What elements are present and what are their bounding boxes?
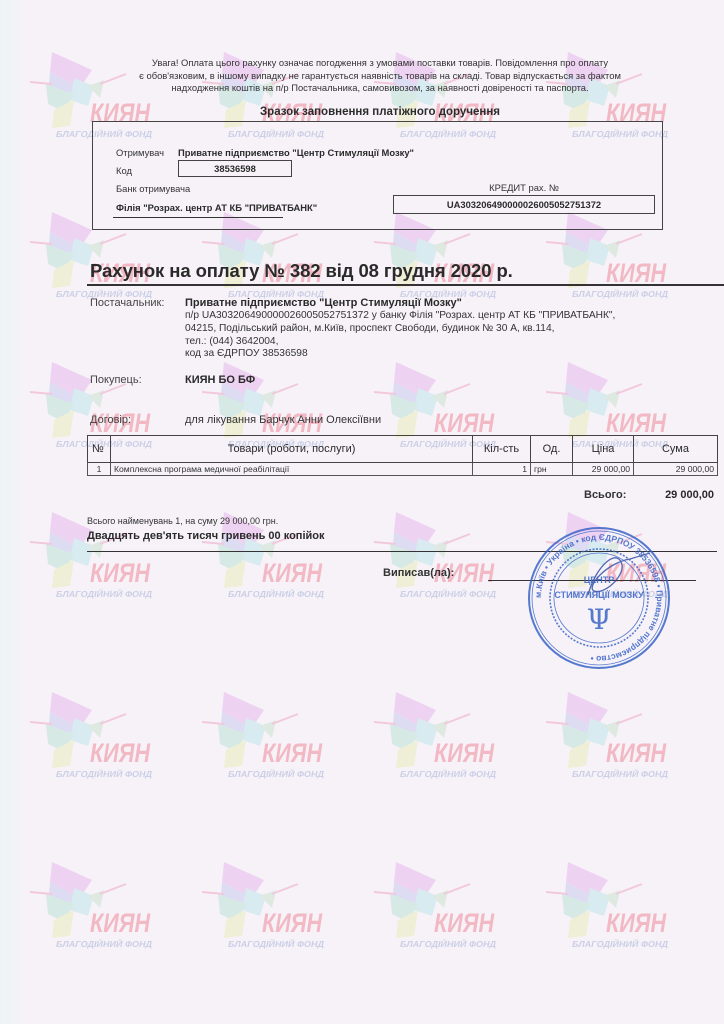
supplier-address: 04215, Подільський район, м.Київ, проспе… xyxy=(185,323,615,336)
invoice-document: Увага! Оплата цього рахунку означає пого… xyxy=(0,0,724,1024)
credit-account-box: UA303206490000026005052751372 xyxy=(393,195,655,214)
notice-line: є обов'язковим, в іншому випадку не гара… xyxy=(100,70,660,83)
contract-label: Договір: xyxy=(90,414,131,426)
payment-notice: Увага! Оплата цього рахунку означає пого… xyxy=(100,57,660,95)
notice-line: Увага! Оплата цього рахунку означає пого… xyxy=(100,57,660,70)
supplier-phone: тел.: (044) 3642004, xyxy=(185,336,615,349)
recipient-label: Отримувач xyxy=(116,147,164,158)
row-quantity: 1 xyxy=(473,463,531,476)
supplier-name: Приватне підприємство "Центр Стимуляції … xyxy=(185,297,462,309)
table-row: 1 Комплексна програма медичної реабіліта… xyxy=(88,463,718,476)
column-header-goods: Товари (роботи, послуги) xyxy=(111,436,473,463)
row-unit: грн xyxy=(531,463,573,476)
row-price: 29 000,00 xyxy=(573,463,634,476)
column-header-number: № xyxy=(88,436,111,463)
column-header-unit: Од. xyxy=(531,436,573,463)
bank-label: Банк отримувача xyxy=(116,183,190,194)
code-value: 38536598 xyxy=(214,163,256,174)
code-value-box: 38536598 xyxy=(178,160,292,177)
stamp-seal-icon: м.Київ • Україна • код ЄДРПОУ 38536598 •… xyxy=(526,525,672,671)
column-header-sum: Сума xyxy=(634,436,718,463)
amount-in-words: Двадцять дев'ять тисяч гривень 00 копійо… xyxy=(87,530,325,542)
items-table: № Товари (роботи, послуги) Кіл-сть Од. Ц… xyxy=(87,435,718,476)
bank-underline xyxy=(113,217,283,218)
table-header-row: № Товари (роботи, послуги) Кіл-сть Од. Ц… xyxy=(88,436,718,463)
payment-sample-box: Отримувач Приватне підприємство "Центр С… xyxy=(92,121,663,230)
company-stamp: м.Київ • Україна • код ЄДРПОУ 38536598 •… xyxy=(526,525,672,671)
buyer-label: Покупець: xyxy=(90,374,142,386)
payment-sample-title: Зразок заповнення платіжного доручення xyxy=(90,106,670,118)
row-number: 1 xyxy=(88,463,111,476)
supplier-details: п/р UA303206490000026005052751372 у банк… xyxy=(185,310,615,361)
title-divider xyxy=(87,284,724,286)
total-value: 29 000,00 xyxy=(636,489,714,501)
contract-value: для лікування Барчук Анни Олексіївни xyxy=(185,414,381,426)
items-summary: Всього найменувань 1, на суму 29 000,00 … xyxy=(87,516,278,526)
buyer-name: КИЯН БО БФ xyxy=(185,374,255,386)
column-header-quantity: Кіл-сть xyxy=(473,436,531,463)
signed-by-label: Виписав(ла): xyxy=(383,567,454,579)
supplier-account: п/р UA303206490000026005052751372 у банк… xyxy=(185,310,615,323)
row-sum: 29 000,00 xyxy=(634,463,718,476)
total-label: Всього: xyxy=(584,489,626,501)
svg-text:Ψ: Ψ xyxy=(587,603,612,636)
bank-value: Філія "Розрах. центр АТ КБ "ПРИВАТБАНК" xyxy=(116,202,317,213)
notice-line: надходження коштів на п/р Постачальника,… xyxy=(100,82,660,95)
code-label: Код xyxy=(116,165,132,176)
invoice-title: Рахунок на оплату № 382 від 08 грудня 20… xyxy=(90,260,513,282)
supplier-label: Постачальник: xyxy=(90,297,164,309)
credit-account-label: КРЕДИТ рах. № xyxy=(393,182,655,193)
credit-account-value: UA303206490000026005052751372 xyxy=(447,199,601,210)
column-header-price: Ціна xyxy=(573,436,634,463)
recipient-value: Приватне підприємство "Центр Стимуляції … xyxy=(178,147,414,158)
supplier-edrpou: код за ЄДРПОУ 38536598 xyxy=(185,348,615,361)
row-goods-name: Комплексна програма медичної реабілітаці… xyxy=(111,463,473,476)
